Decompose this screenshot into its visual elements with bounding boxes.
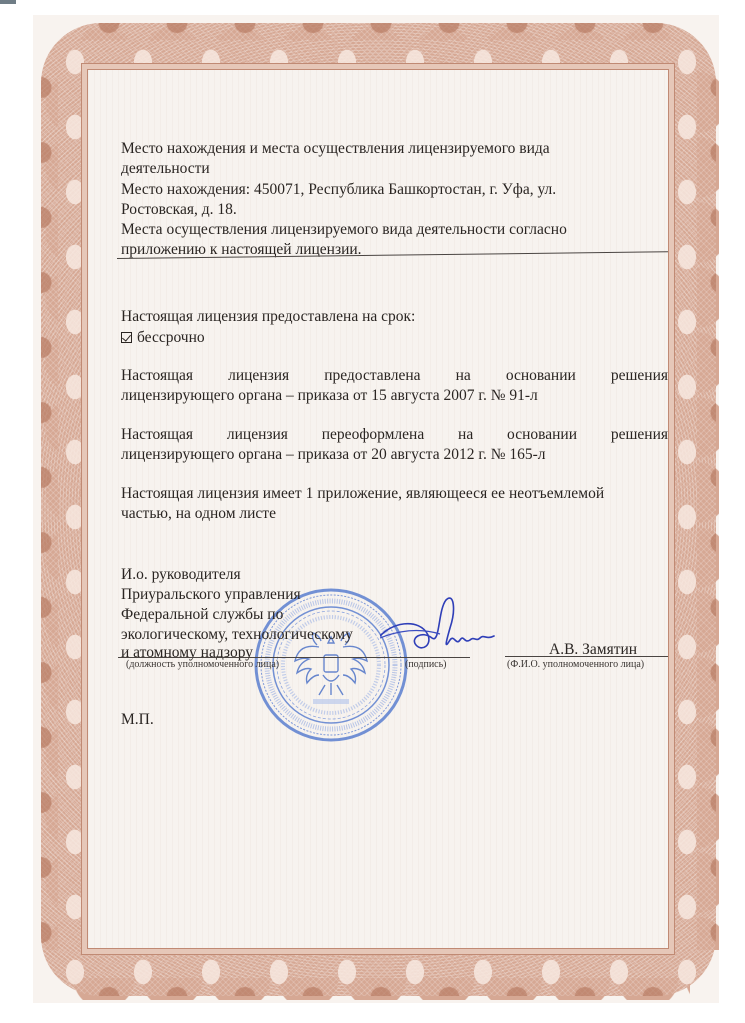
reissued-line1: Настоящая лицензия переоформлена на осно… xyxy=(121,425,668,446)
reissued-line2: лицензирующего органа – приказа от 20 ав… xyxy=(121,445,546,466)
location-address-line2: Ростовская, д. 18. xyxy=(121,200,237,221)
caption-position: (должность уполномоченного лица) xyxy=(126,659,279,670)
caption-name: (Ф.И.О. уполномоченного лица) xyxy=(507,659,644,670)
location-heading-line1: Место нахождения и места осуществления л… xyxy=(121,139,550,160)
term-option: бессрочно xyxy=(121,328,205,349)
granted-line2: лицензирующего органа – приказа от 15 ав… xyxy=(121,386,538,407)
granted-line1: Настоящая лицензия предоставлена на осно… xyxy=(121,366,668,387)
annex-line1: Настоящая лицензия имеет 1 приложение, я… xyxy=(121,484,604,505)
signatory-position-line2: Приуральского управления xyxy=(121,585,301,606)
checked-checkbox-icon xyxy=(121,332,132,343)
location-heading-line2: деятельности xyxy=(121,159,210,180)
footer-print-note xyxy=(200,1002,550,1006)
term-label: Настоящая лицензия предоставлена на срок… xyxy=(121,307,415,328)
term-option-label: бессрочно xyxy=(137,329,205,346)
location-places-line1: Места осуществления лицензируемого вида … xyxy=(121,220,567,241)
handwritten-signature-icon xyxy=(380,590,510,660)
annex-line2: частью, на одном листе xyxy=(121,504,276,525)
caption-signature: (подпись) xyxy=(405,659,447,670)
seal-placeholder-label: М.П. xyxy=(121,710,154,731)
signatory-position-line1: И.о. руководителя xyxy=(121,565,241,586)
signatory-name: А.В. Замятин xyxy=(549,640,637,661)
scan-corner-mark xyxy=(0,0,16,4)
signatory-position-line3: Федеральной службы по xyxy=(121,605,283,626)
location-address-line1: Место нахождения: 450071, Республика Баш… xyxy=(121,180,556,201)
